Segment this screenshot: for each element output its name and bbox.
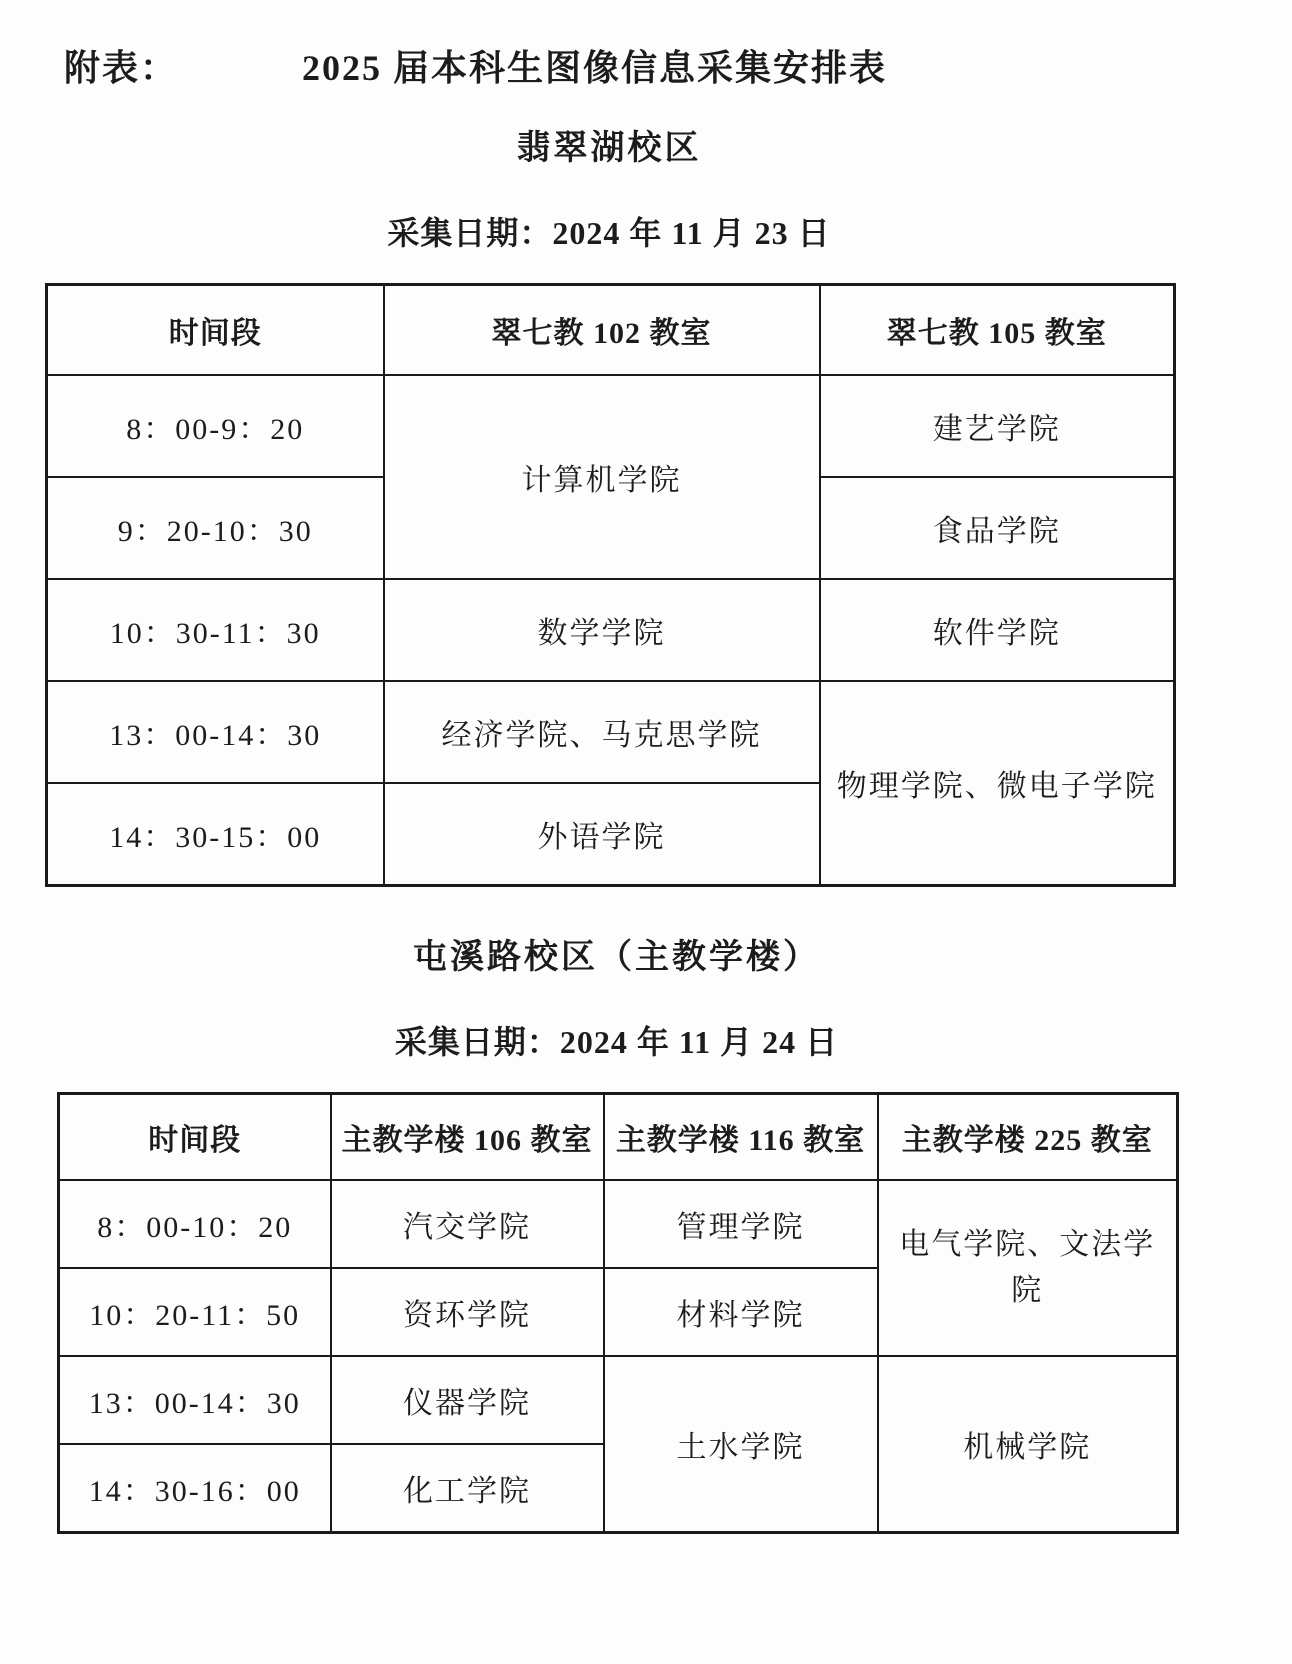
campus-1-heading: 翡翠湖校区 bbox=[45, 128, 1173, 170]
t1-row-3: 10：30-11：30 数学学院 软件学院 bbox=[47, 579, 1175, 681]
t1-r3-room102-college: 数学学院 bbox=[384, 579, 820, 681]
t2-row-3: 13：00-14：30 仪器学院 土水学院 机械学院 bbox=[59, 1356, 1178, 1444]
t1-header-row: 时间段 翠七教 102 教室 翠七教 105 教室 bbox=[47, 285, 1175, 376]
t1-r4-room105-college: 物理学院、微电子学院 bbox=[820, 681, 1175, 886]
t2-r1-time: 8：00-10：20 bbox=[59, 1180, 331, 1268]
document-page: 附表： 2025 届本科生图像信息采集安排表 翡翠湖校区 采集日期：2024 年… bbox=[0, 0, 1292, 1664]
t2-r1-room225-college: 电气学院、文法学院 bbox=[878, 1180, 1178, 1356]
t1-r4-room102-college: 经济学院、马克思学院 bbox=[384, 681, 820, 783]
t2-r3-room116-college: 土水学院 bbox=[604, 1356, 878, 1533]
t2-header-room-225: 主教学楼 225 教室 bbox=[878, 1094, 1178, 1181]
section-feicuihu: 翡翠湖校区 采集日期：2024 年 11 月 23 日 时间段 翠七教 102 … bbox=[45, 128, 1173, 887]
t2-r3-time: 13：00-14：30 bbox=[59, 1356, 331, 1444]
t2-row-1: 8：00-10：20 汽交学院 管理学院 电气学院、文法学院 bbox=[59, 1180, 1178, 1268]
t2-r2-room106-college: 资环学院 bbox=[331, 1268, 604, 1356]
t2-r1-room106-college: 汽交学院 bbox=[331, 1180, 604, 1268]
t2-r3-room225-college: 机械学院 bbox=[878, 1356, 1178, 1533]
t1-r1-room102-college: 计算机学院 bbox=[384, 375, 820, 579]
t1-r5-room102-college: 外语学院 bbox=[384, 783, 820, 886]
date-1-heading: 采集日期：2024 年 11 月 23 日 bbox=[45, 213, 1173, 253]
schedule-table-feicuihu: 时间段 翠七教 102 教室 翠七教 105 教室 8：00-9：20 计算机学… bbox=[45, 283, 1176, 887]
t1-r3-time: 10：30-11：30 bbox=[47, 579, 384, 681]
t2-r3-room106-college: 仪器学院 bbox=[331, 1356, 604, 1444]
t1-r1-room105-college: 建艺学院 bbox=[820, 375, 1175, 477]
t1-row-4: 13：00-14：30 经济学院、马克思学院 物理学院、微电子学院 bbox=[47, 681, 1175, 783]
title-row: 附表： 2025 届本科生图像信息采集安排表 bbox=[0, 0, 1292, 90]
t2-r1-room116-college: 管理学院 bbox=[604, 1180, 878, 1268]
t2-header-row: 时间段 主教学楼 106 教室 主教学楼 116 教室 主教学楼 225 教室 bbox=[59, 1094, 1178, 1181]
t2-r2-time: 10：20-11：50 bbox=[59, 1268, 331, 1356]
schedule-table-tunxilu: 时间段 主教学楼 106 教室 主教学楼 116 教室 主教学楼 225 教室 … bbox=[57, 1092, 1179, 1534]
date-2-heading: 采集日期：2024 年 11 月 24 日 bbox=[57, 1022, 1176, 1062]
t1-header-room-105: 翠七教 105 教室 bbox=[820, 285, 1175, 376]
attachment-label: 附表： bbox=[64, 46, 178, 90]
t1-header-room-102: 翠七教 102 教室 bbox=[384, 285, 820, 376]
t1-r3-room105-college: 软件学院 bbox=[820, 579, 1175, 681]
t1-r4-time: 13：00-14：30 bbox=[47, 681, 384, 783]
section-tunxilu: 屯溪路校区（主教学楼） 采集日期：2024 年 11 月 24 日 时间段 主教… bbox=[57, 937, 1176, 1534]
t2-r4-room106-college: 化工学院 bbox=[331, 1444, 604, 1533]
t1-r1-time: 8：00-9：20 bbox=[47, 375, 384, 477]
t1-r2-time: 9：20-10：30 bbox=[47, 477, 384, 579]
t1-r2-room105-college: 食品学院 bbox=[820, 477, 1175, 579]
t1-r5-time: 14：30-15：00 bbox=[47, 783, 384, 886]
t2-header-room-116: 主教学楼 116 教室 bbox=[604, 1094, 878, 1181]
page-title: 2025 届本科生图像信息采集安排表 bbox=[302, 46, 887, 90]
t2-r2-room116-college: 材料学院 bbox=[604, 1268, 878, 1356]
t1-header-timeslot: 时间段 bbox=[47, 285, 384, 376]
t2-header-timeslot: 时间段 bbox=[59, 1094, 331, 1181]
campus-2-heading: 屯溪路校区（主教学楼） bbox=[57, 937, 1176, 979]
t2-r4-time: 14：30-16：00 bbox=[59, 1444, 331, 1533]
t2-header-room-106: 主教学楼 106 教室 bbox=[331, 1094, 604, 1181]
t1-row-1: 8：00-9：20 计算机学院 建艺学院 bbox=[47, 375, 1175, 477]
